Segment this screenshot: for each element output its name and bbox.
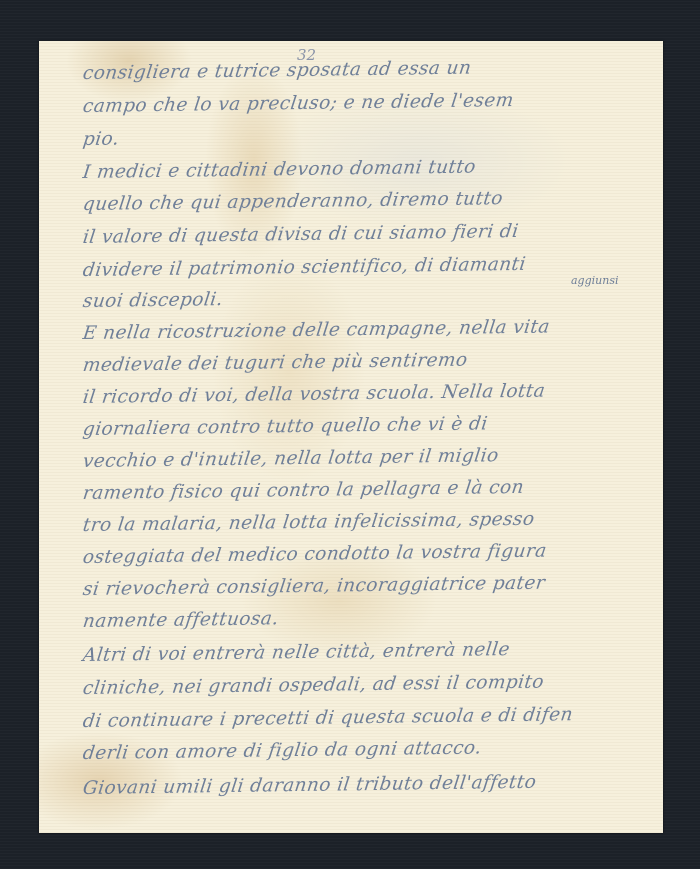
letter-page: 32 aggiunsi consigliera e tutrice sposat… (39, 41, 663, 833)
handwritten-line: I medici e cittadini devono domani tutto (82, 157, 477, 183)
handwritten-line: il ricordo di voi, della vostra scuola. … (82, 381, 547, 408)
handwritten-line: di continuare i precetti di questa scuol… (82, 704, 575, 732)
handwritten-line: il valore di questa divisa di cui siamo … (82, 221, 520, 248)
handwritten-line: osteggiata del medico condotto la vostra… (82, 541, 548, 568)
handwritten-line: Altri di voi entrerà nelle città, entrer… (82, 639, 511, 666)
handwritten-line: medievale dei tuguri che più sentiremo (82, 350, 469, 376)
handwritten-line: derli con amore di figlio da ogni attacc… (82, 737, 483, 764)
handwritten-line: E nella ricostruzione delle campagne, ne… (82, 316, 551, 344)
handwritten-line: si rievocherà consigliera, incoraggiatri… (82, 573, 547, 600)
handwritten-line: Giovani umili gli daranno il tributo del… (82, 772, 538, 799)
handwritten-line: consigliera e tutrice sposata ad essa un (82, 58, 473, 84)
handwritten-line: namente affettuosa. (82, 608, 280, 632)
handwritten-line: ramento fisico qui contro la pellagra e … (82, 477, 526, 504)
handwritten-line: tro la malaria, nella lotta infelicissim… (82, 509, 536, 536)
handwritten-line: suoi discepoli. (82, 289, 225, 312)
handwritten-line: giornaliera contro tutto quello che vi è… (82, 413, 489, 440)
handwritten-line: vecchio e d'inutile, nella lotta per il … (82, 445, 500, 472)
handwritten-line: cliniche, nei grandi ospedali, ad essi i… (82, 672, 546, 699)
handwritten-line: campo che lo va precluso; e ne diede l'e… (82, 90, 515, 117)
handwritten-line: quello che qui appenderanno, diremo tutt… (82, 188, 505, 215)
interlinear-insertion: aggiunsi (571, 274, 619, 287)
handwritten-line: pio. (82, 128, 121, 150)
handwritten-line: dividere il patrimonio scientifico, di d… (82, 254, 527, 281)
